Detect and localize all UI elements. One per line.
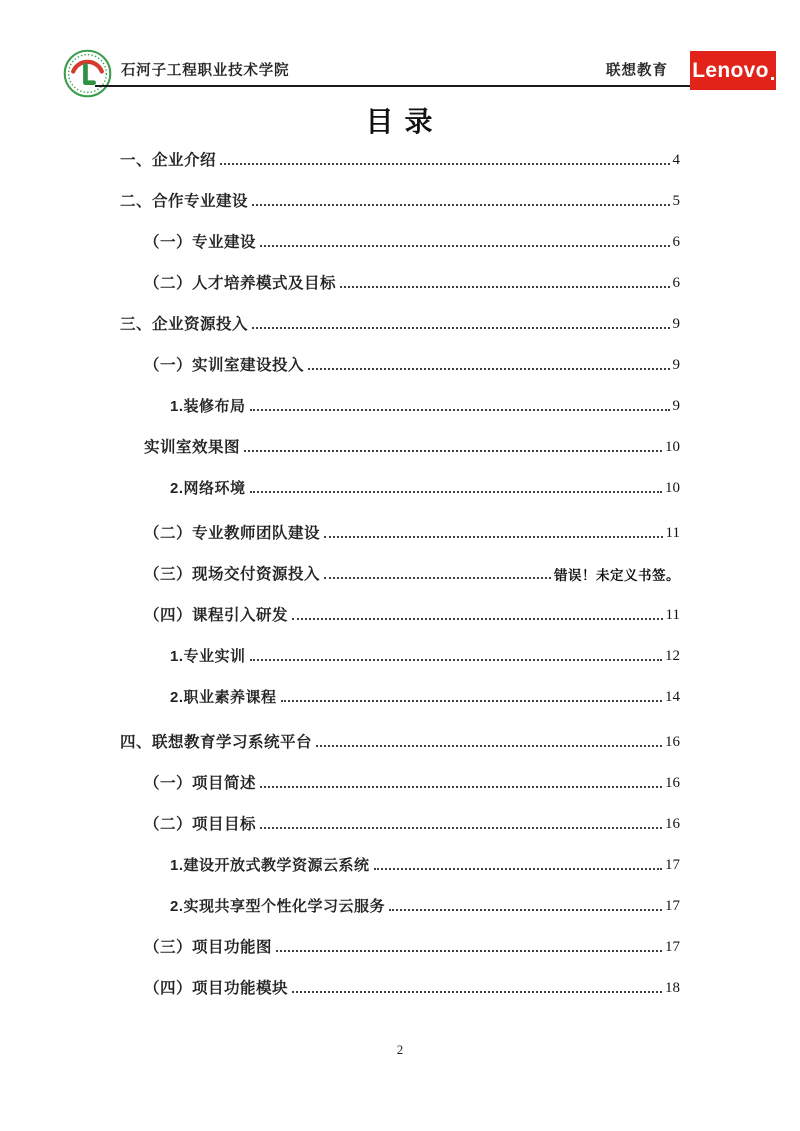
toc-page-number: 5 <box>673 194 681 209</box>
toc-leader-dots <box>292 618 663 620</box>
toc-leader-dots <box>324 577 551 579</box>
toc-page-number: 18 <box>665 981 680 996</box>
toc-page-number: 16 <box>665 817 680 832</box>
toc-leader-dots <box>316 745 662 747</box>
toc-entry: 2.网络环境10 <box>120 467 680 508</box>
toc-page-number: 12 <box>665 649 680 664</box>
toc-page-number: 6 <box>673 276 681 291</box>
toc-entry-label: 2.职业素养课程 <box>170 690 277 705</box>
toc-leader-dots <box>252 327 669 329</box>
toc-entry-label: （一）专业建设 <box>144 235 256 251</box>
toc-leader-dots <box>324 536 663 538</box>
toc-entry: （四）课程引入研发11 <box>120 594 680 635</box>
school-logo-icon <box>63 49 112 98</box>
toc-entry: 1.建设开放式教学资源云系统17 <box>120 844 680 885</box>
toc-entry: 二、合作专业建设5 <box>120 180 680 221</box>
toc-entry: （一）项目简述16 <box>120 762 680 803</box>
toc-page-number: 16 <box>665 776 680 791</box>
toc-entry: 四、联想教育学习系统平台16 <box>120 721 680 762</box>
toc-entry: （二）专业教师团队建设11 <box>120 512 680 553</box>
toc-entry-label: 实训室效果图 <box>144 440 240 456</box>
lenovo-logo-text: Lenovo <box>692 59 768 83</box>
toc-entry-label: 三、企业资源投入 <box>120 317 248 333</box>
toc-entry-label: （三）现场交付资源投入 <box>144 567 320 583</box>
toc-page-number: 6 <box>673 235 681 250</box>
toc-leader-dots <box>292 991 662 993</box>
toc-entry-label: 1.装修布局 <box>170 399 246 414</box>
toc-leader-dots <box>244 450 662 452</box>
toc-entry: （一）专业建设6 <box>120 221 680 262</box>
toc-page-number: 9 <box>673 317 681 332</box>
toc-page-number: 9 <box>673 399 681 414</box>
toc-page-number: 4 <box>673 153 681 168</box>
lenovo-education-label: 联想教育 <box>606 59 668 80</box>
toc-page-number: 10 <box>665 481 680 496</box>
toc-leader-dots <box>340 286 669 288</box>
toc-leader-dots <box>260 786 662 788</box>
toc-entry: 一、企业介绍4 <box>120 139 680 180</box>
toc-entry: （四）项目功能模块18 <box>120 967 680 1008</box>
school-name: 石河子工程职业技术学院 <box>121 59 289 80</box>
toc-entry: 2.实现共享型个性化学习云服务17 <box>120 885 680 926</box>
toc-page-number: 11 <box>666 526 680 541</box>
toc-entry-label: （一）实训室建设投入 <box>144 358 304 374</box>
toc-entry-label: 2.网络环境 <box>170 481 246 496</box>
toc-entry: 三、企业资源投入9 <box>120 303 680 344</box>
toc-entry-label: 二、合作专业建设 <box>120 194 248 210</box>
toc-entry: （二）项目目标16 <box>120 803 680 844</box>
toc-list: 一、企业介绍4二、合作专业建设5（一）专业建设6（二）人才培养模式及目标6三、企… <box>120 139 680 1008</box>
toc-page-number: 11 <box>666 608 680 623</box>
toc-entry: （三）项目功能图17 <box>120 926 680 967</box>
toc-leader-dots <box>281 700 662 702</box>
toc-entry-label: 四、联想教育学习系统平台 <box>120 735 312 751</box>
toc-page-number: 14 <box>665 690 680 705</box>
lenovo-dot-icon <box>771 77 774 80</box>
toc-leader-dots <box>220 163 669 165</box>
toc-entry: 实训室效果图10 <box>120 426 680 467</box>
footer-page-number: 2 <box>0 1042 800 1058</box>
toc-entry: （一）实训室建设投入9 <box>120 344 680 385</box>
toc-page-number: 10 <box>665 440 680 455</box>
toc-page-number: 16 <box>665 735 680 750</box>
toc-entry-label: （二）项目目标 <box>144 817 256 833</box>
toc-entry-label: 一、企业介绍 <box>120 153 216 169</box>
toc-entry: 1.专业实训12 <box>120 635 680 676</box>
toc-entry: （二）人才培养模式及目标6 <box>120 262 680 303</box>
toc-page-number: 17 <box>665 899 680 914</box>
toc-leader-dots <box>252 204 669 206</box>
document-page: 石河子工程职业技术学院 联想教育 Lenovo 目 录 一、企业介绍4二、合作专… <box>0 0 800 1131</box>
toc-entry-label: 2.实现共享型个性化学习云服务 <box>170 899 385 914</box>
toc-entry: （三）现场交付资源投入错误！未定义书签。 <box>120 553 680 594</box>
toc-entry-label: （四）课程引入研发 <box>144 608 288 624</box>
toc-error-text: 错误！未定义书签。 <box>554 569 680 583</box>
toc-leader-dots <box>250 659 662 661</box>
toc-leader-dots <box>250 491 662 493</box>
toc-entry: 2.职业素养课程14 <box>120 676 680 717</box>
toc-entry-label: 1.建设开放式教学资源云系统 <box>170 858 370 873</box>
toc-title: 目 录 <box>0 100 800 140</box>
toc-page-number: 17 <box>665 858 680 873</box>
lenovo-logo: Lenovo <box>690 51 776 90</box>
toc-leader-dots <box>260 827 662 829</box>
toc-page-number: 9 <box>673 358 681 373</box>
toc-leader-dots <box>374 868 662 870</box>
toc-entry: 1.装修布局9 <box>120 385 680 426</box>
toc-entry-label: （一）项目简述 <box>144 776 256 792</box>
toc-leader-dots <box>260 245 669 247</box>
toc-entry-label: （四）项目功能模块 <box>144 981 288 997</box>
toc-leader-dots <box>308 368 669 370</box>
toc-entry-label: （三）项目功能图 <box>144 940 272 956</box>
toc-leader-dots <box>276 950 662 952</box>
toc-entry-label: 1.专业实训 <box>170 649 246 664</box>
toc-entry-label: （二）专业教师团队建设 <box>144 526 320 542</box>
toc-page-number: 17 <box>665 940 680 955</box>
toc-entry-label: （二）人才培养模式及目标 <box>144 276 336 292</box>
toc-leader-dots <box>250 409 670 411</box>
header-divider <box>95 85 690 87</box>
toc-leader-dots <box>389 909 662 911</box>
